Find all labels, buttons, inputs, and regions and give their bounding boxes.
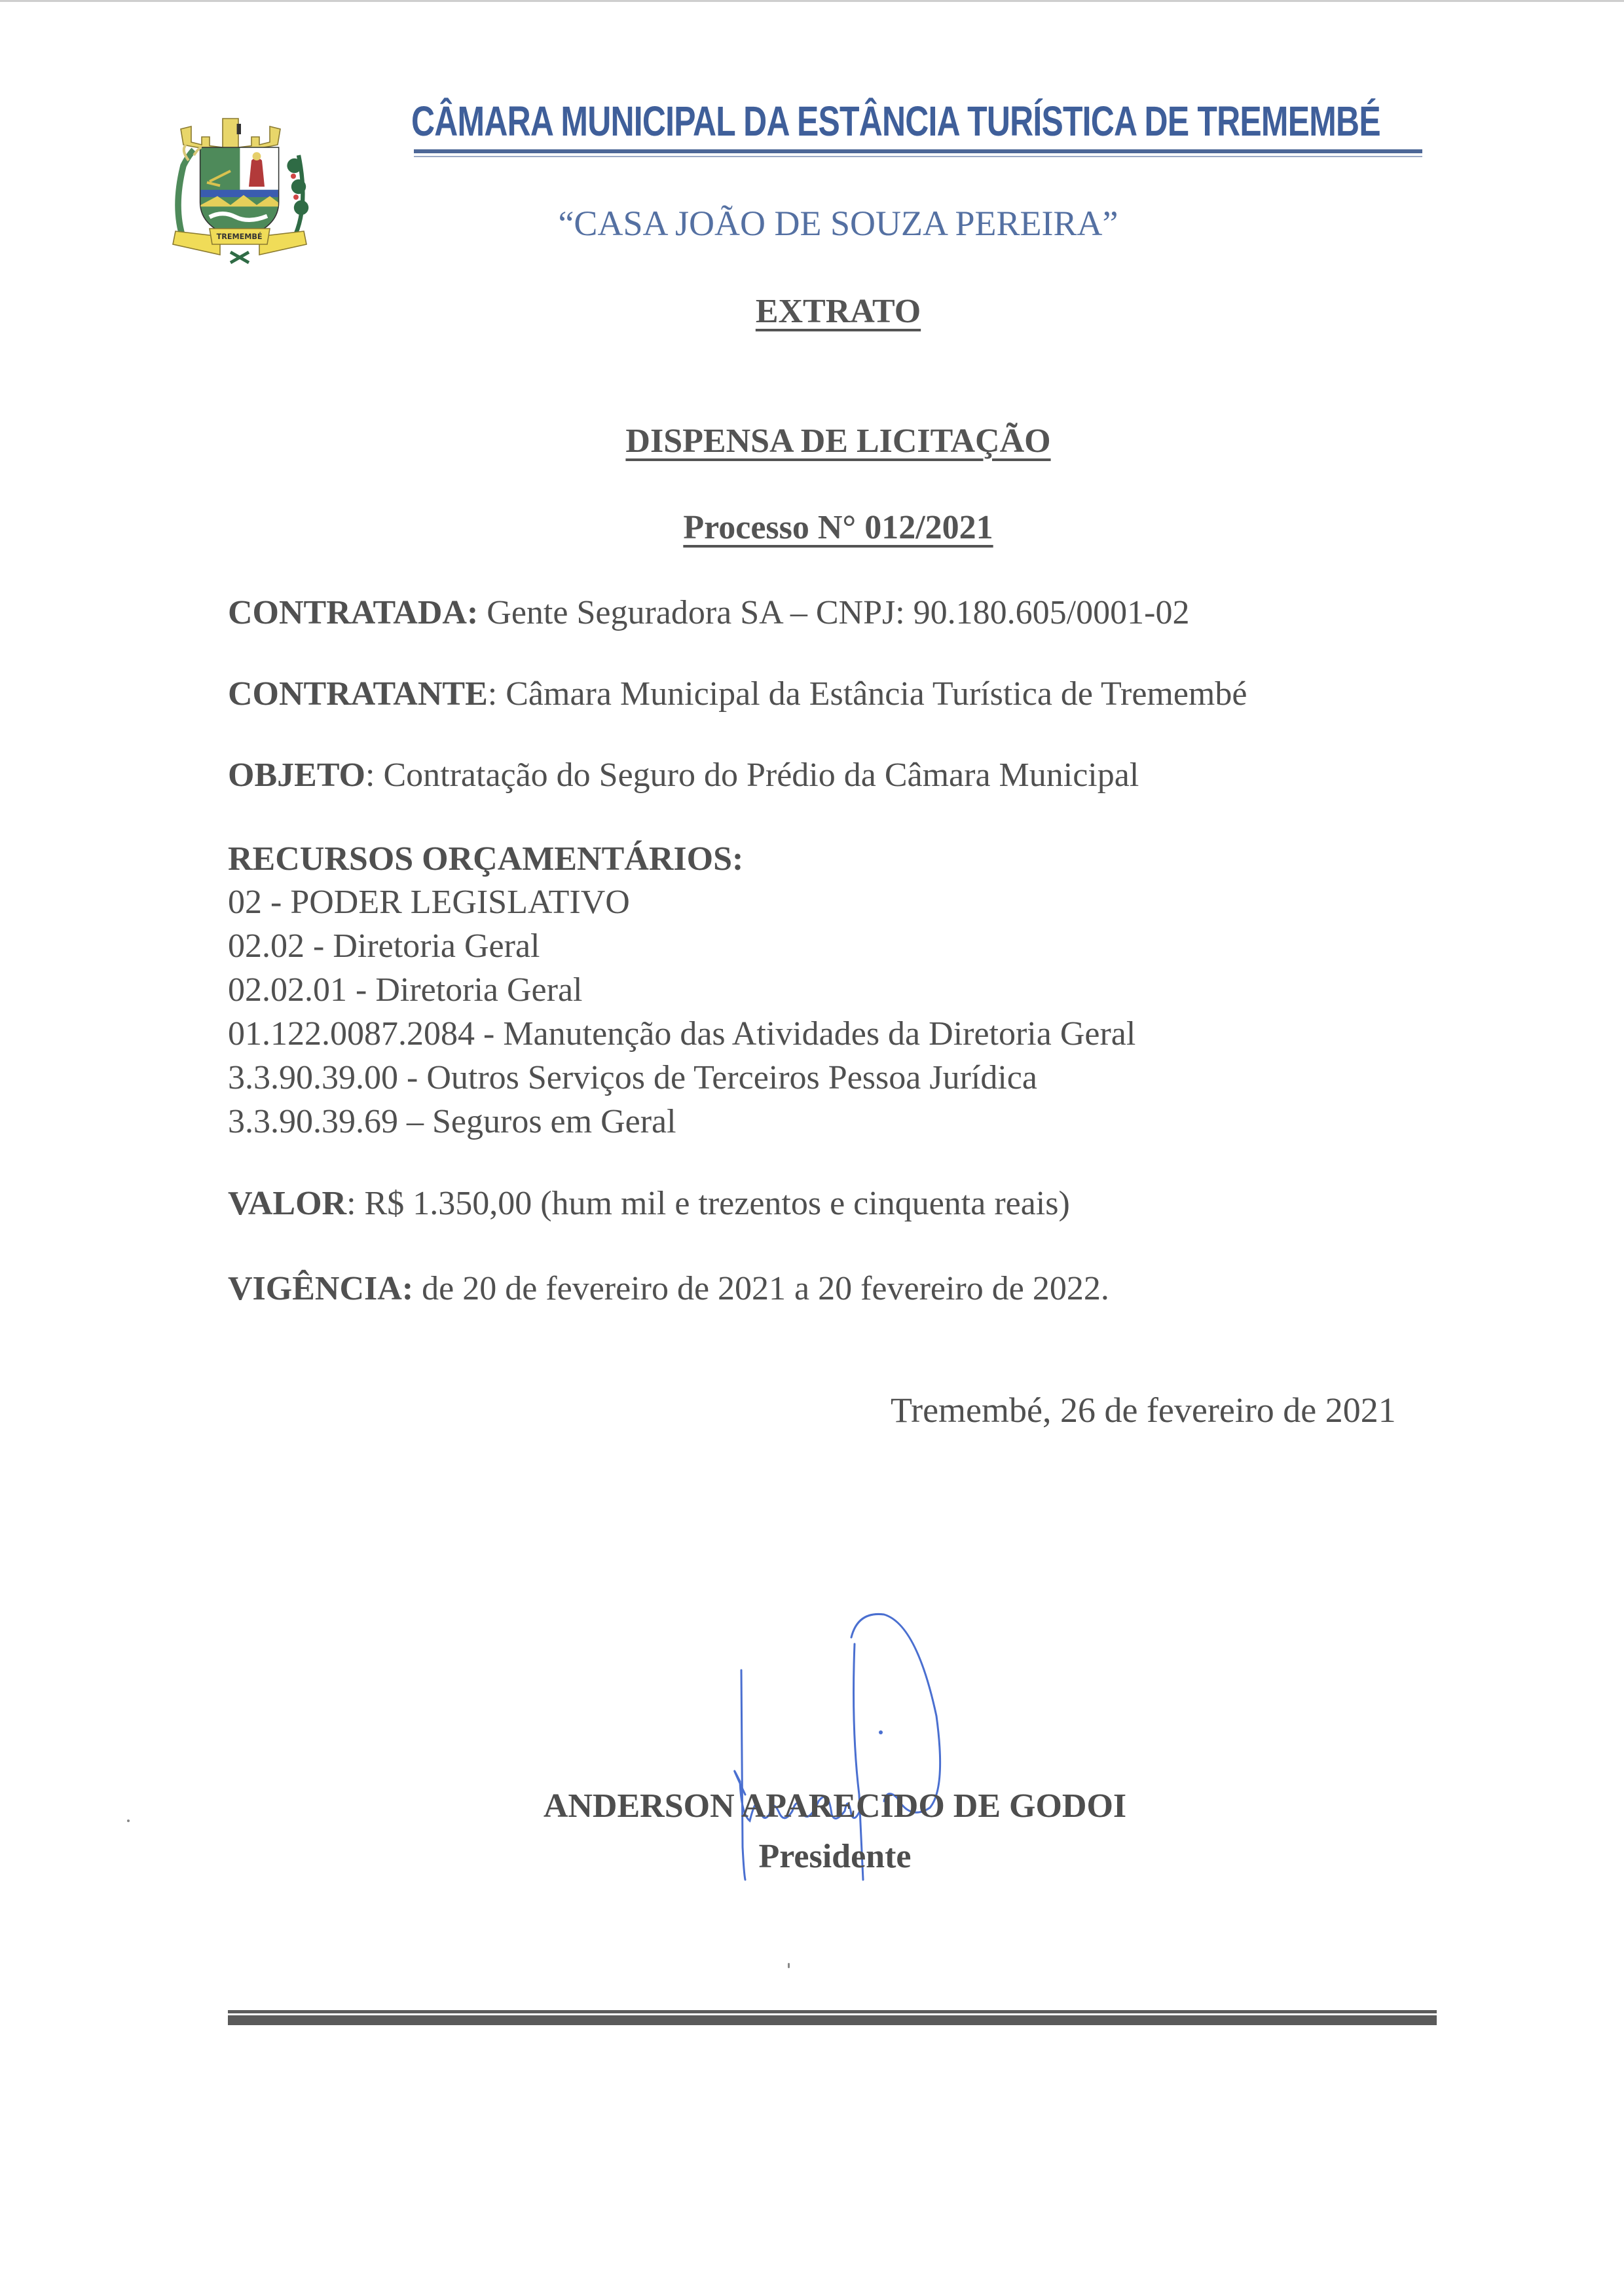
valor-line: VALOR: R$ 1.350,00 (hum mil e trezentos … [228, 1184, 1070, 1223]
institution-subtitle: “CASA JOÃO DE SOUZA PEREIRA” [0, 203, 1624, 244]
signatory-name: ANDERSON APARECIDO DE GODOI [0, 1787, 1624, 1825]
objeto-label: OBJETO [228, 756, 365, 794]
recurso-item: 3.3.90.39.69 – Seguros em Geral [228, 1102, 676, 1141]
page-top-edge [0, 0, 1624, 2]
objeto-line: OBJETO: Contratação do Seguro do Prédio … [228, 756, 1139, 794]
scan-speck [127, 1819, 130, 1822]
footer-rule-thin [228, 2010, 1437, 2013]
recursos-label-line: RECURSOS ORÇAMENTÁRIOS: [228, 840, 743, 878]
vigencia-label: VIGÊNCIA: [228, 1270, 413, 1307]
signatory-role: Presidente [0, 1837, 1624, 1876]
header-underline [414, 149, 1422, 153]
coat-of-arms-icon: TREMEMBÉ [152, 92, 335, 282]
recurso-item: 02 - PODER LEGISLATIVO [228, 883, 630, 922]
scan-speck [788, 1963, 790, 1968]
institution-title: CÂMARA MUNICIPAL DA ESTÂNCIA TURÍSTICA D… [411, 97, 1433, 145]
vigencia-value: de 20 de fevereiro de 2021 a 20 fevereir… [413, 1270, 1109, 1307]
recurso-item: 3.3.90.39.00 - Outros Serviços de Tercei… [228, 1058, 1037, 1097]
valor-value: : R$ 1.350,00 (hum mil e trezentos e cin… [346, 1185, 1070, 1222]
modality: DISPENSA DE LICITAÇÃO [625, 422, 1050, 460]
modality-heading: DISPENSA DE LICITAÇÃO [0, 422, 1624, 460]
process-heading: Processo N° 012/2021 [0, 508, 1624, 547]
valor-label: VALOR [228, 1185, 346, 1222]
contratante-value: : Câmara Municipal da Estância Turística… [488, 675, 1247, 713]
recurso-item: 02.02.01 - Diretoria Geral [228, 971, 582, 1009]
contratada-line: CONTRATADA: Gente Seguradora SA – CNPJ: … [228, 593, 1189, 632]
process-number: Processo N° 012/2021 [683, 509, 993, 546]
place-date: Tremembé, 26 de fevereiro de 2021 [891, 1390, 1396, 1430]
contratante-line: CONTRATANTE: Câmara Municipal da Estânci… [228, 675, 1247, 713]
recurso-item: 02.02 - Diretoria Geral [228, 927, 540, 965]
vigencia-line: VIGÊNCIA: de 20 de fevereiro de 2021 a 2… [228, 1269, 1109, 1308]
contratada-value: Gente Seguradora SA – CNPJ: 90.180.605/0… [478, 594, 1189, 631]
document-type: EXTRATO [756, 293, 921, 330]
document-type-heading: EXTRATO [0, 292, 1624, 331]
recursos-label: RECURSOS ORÇAMENTÁRIOS: [228, 840, 743, 878]
recurso-item: 01.122.0087.2084 - Manutenção das Ativid… [228, 1015, 1135, 1053]
contratada-label: CONTRATADA: [228, 594, 478, 631]
header-underline-secondary [414, 156, 1422, 157]
contratante-label: CONTRATANTE [228, 675, 488, 713]
objeto-value: : Contratação do Seguro do Prédio da Câm… [365, 756, 1139, 794]
footer-rule-thick [228, 2015, 1437, 2025]
